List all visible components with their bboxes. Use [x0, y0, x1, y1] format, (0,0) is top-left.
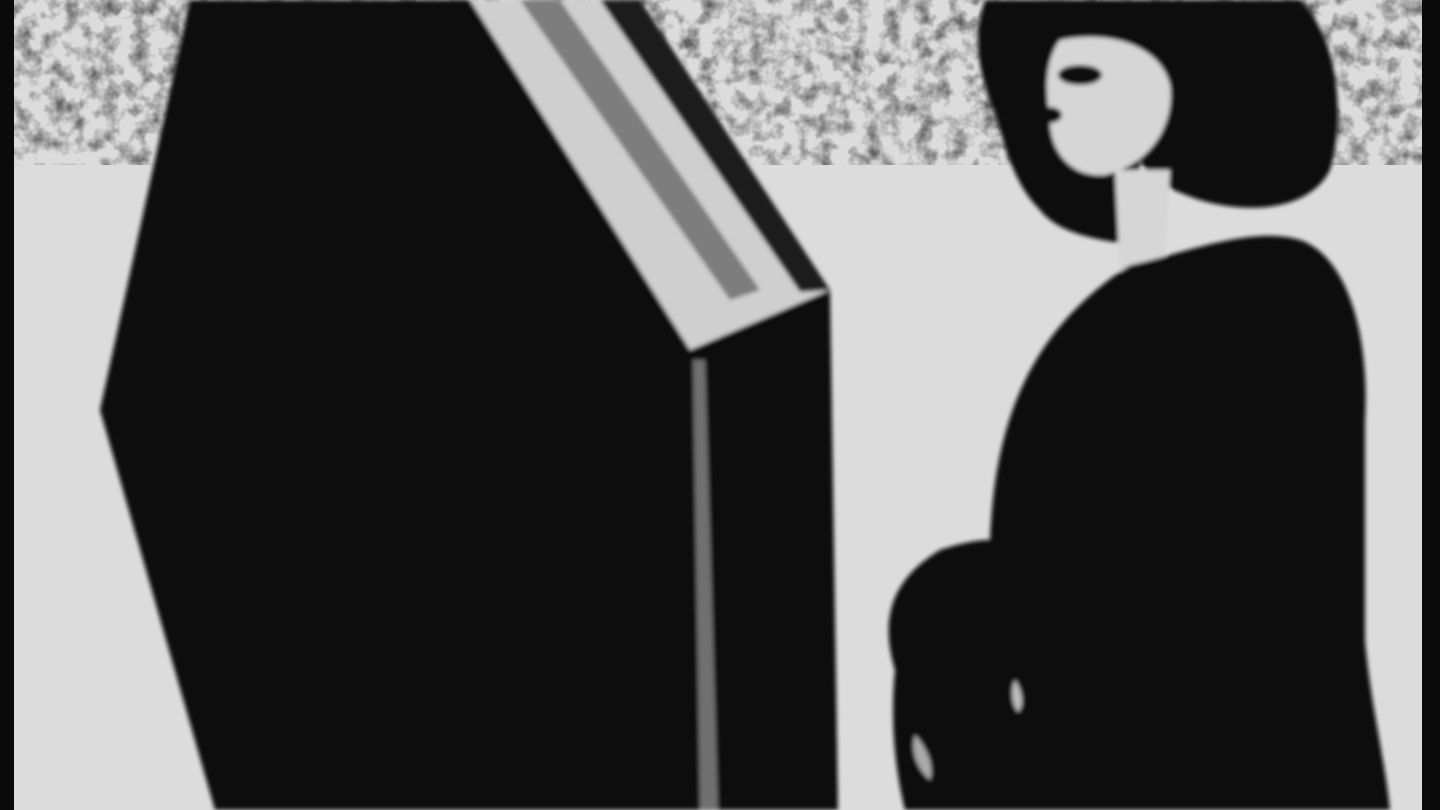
film-grain: [0, 0, 1440, 810]
scene: [0, 0, 1440, 810]
film-still: [0, 0, 1440, 810]
